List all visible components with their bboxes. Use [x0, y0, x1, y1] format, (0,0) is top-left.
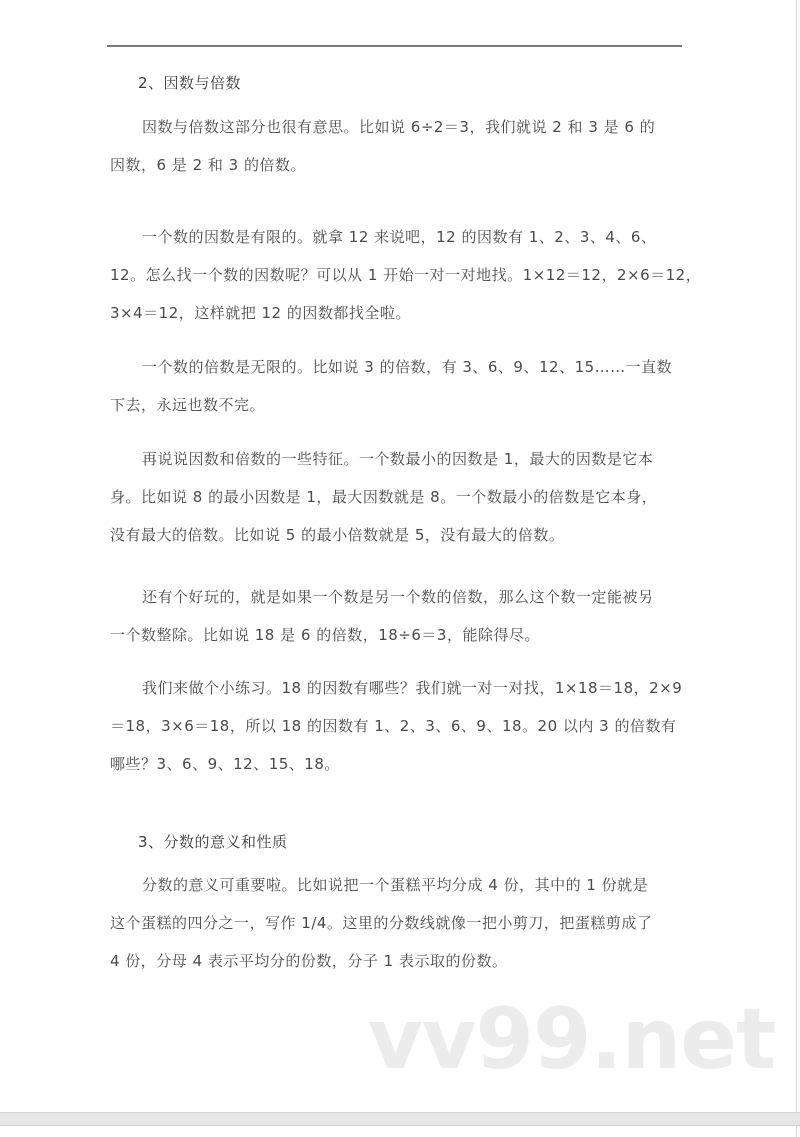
text-line: 一个数的倍数是无限的。比如说 3 的倍数，有 3、6、9、12、15……一直数 — [110, 348, 682, 386]
text-line: 我们来做个小练习。18 的因数有哪些？我们就一对一对找，1×18＝18，2×9 — [110, 669, 682, 707]
page-separator — [0, 1112, 800, 1126]
watermark: vv99.net — [368, 990, 775, 1088]
text-line: 身。比如说 8 的最小因数是 1，最大因数就是 8。一个数最小的倍数是它本身， — [110, 478, 682, 516]
text-line: ＝18，3×6＝18，所以 18 的因数有 1、2、3、6、9、18。20 以内… — [110, 707, 682, 745]
paragraph-factors-finite: 一个数的因数是有限的。就拿 12 来说吧，12 的因数有 1、2、3、4、6、 … — [110, 218, 682, 332]
text-line: 因数与倍数这部分也很有意思。比如说 6÷2＝3，我们就说 2 和 3 是 6 的 — [110, 108, 682, 146]
text-line: 没有最大的倍数。比如说 5 的最小倍数就是 5，没有最大的倍数。 — [110, 516, 682, 554]
text-line: 3×4＝12，这样就把 12 的因数都找全啦。 — [110, 294, 682, 332]
paragraph-characteristics: 再说说因数和倍数的一些特征。一个数最小的因数是 1，最大的因数是它本 身。比如说… — [110, 440, 682, 554]
header-rule — [107, 45, 682, 47]
paragraph-practice: 我们来做个小练习。18 的因数有哪些？我们就一对一对找，1×18＝18，2×9 … — [110, 669, 682, 783]
text-line: 一个数的因数是有限的。就拿 12 来说吧，12 的因数有 1、2、3、4、6、 — [110, 218, 682, 256]
text-line: 还有个好玩的，就是如果一个数是另一个数的倍数，那么这个数一定能被另 — [110, 578, 682, 616]
text-line: 这个蛋糕的四分之一，写作 1/4。这里的分数线就像一把小剪刀，把蛋糕剪成了 — [110, 904, 682, 942]
paragraph-multiples-infinite: 一个数的倍数是无限的。比如说 3 的倍数，有 3、6、9、12、15……一直数 … — [110, 348, 682, 424]
text-line: 4 份，分母 4 表示平均分的份数，分子 1 表示取的份数。 — [110, 942, 682, 980]
text-line: 因数，6 是 2 和 3 的倍数。 — [110, 146, 682, 184]
document-page: 2、因数与倍数 因数与倍数这部分也很有意思。比如说 6÷2＝3，我们就说 2 和… — [0, 0, 797, 1112]
paragraph-intro-factors: 因数与倍数这部分也很有意思。比如说 6÷2＝3，我们就说 2 和 3 是 6 的… — [110, 108, 682, 184]
text-line: 分数的意义可重要啦。比如说把一个蛋糕平均分成 4 份，其中的 1 份就是 — [110, 866, 682, 904]
section-heading-factors-multiples: 2、因数与倍数 — [110, 72, 710, 93]
paragraph-fraction-meaning: 分数的意义可重要啦。比如说把一个蛋糕平均分成 4 份，其中的 1 份就是 这个蛋… — [110, 866, 682, 980]
text-line: 再说说因数和倍数的一些特征。一个数最小的因数是 1，最大的因数是它本 — [110, 440, 682, 478]
paragraph-divisibility: 还有个好玩的，就是如果一个数是另一个数的倍数，那么这个数一定能被另 一个数整除。… — [110, 578, 682, 654]
text-line: 一个数整除。比如说 18 是 6 的倍数，18÷6＝3，能除得尽。 — [110, 616, 682, 654]
text-line: 哪些？3、6、9、12、15、18。 — [110, 745, 682, 783]
next-page-top — [0, 1126, 797, 1137]
text-line: 下去，永远也数不完。 — [110, 386, 682, 424]
section-heading-fractions: 3、分数的意义和性质 — [110, 831, 710, 852]
text-line: 12。怎么找一个数的因数呢？可以从 1 开始一对一对地找。1×12＝12，2×6… — [110, 256, 682, 294]
